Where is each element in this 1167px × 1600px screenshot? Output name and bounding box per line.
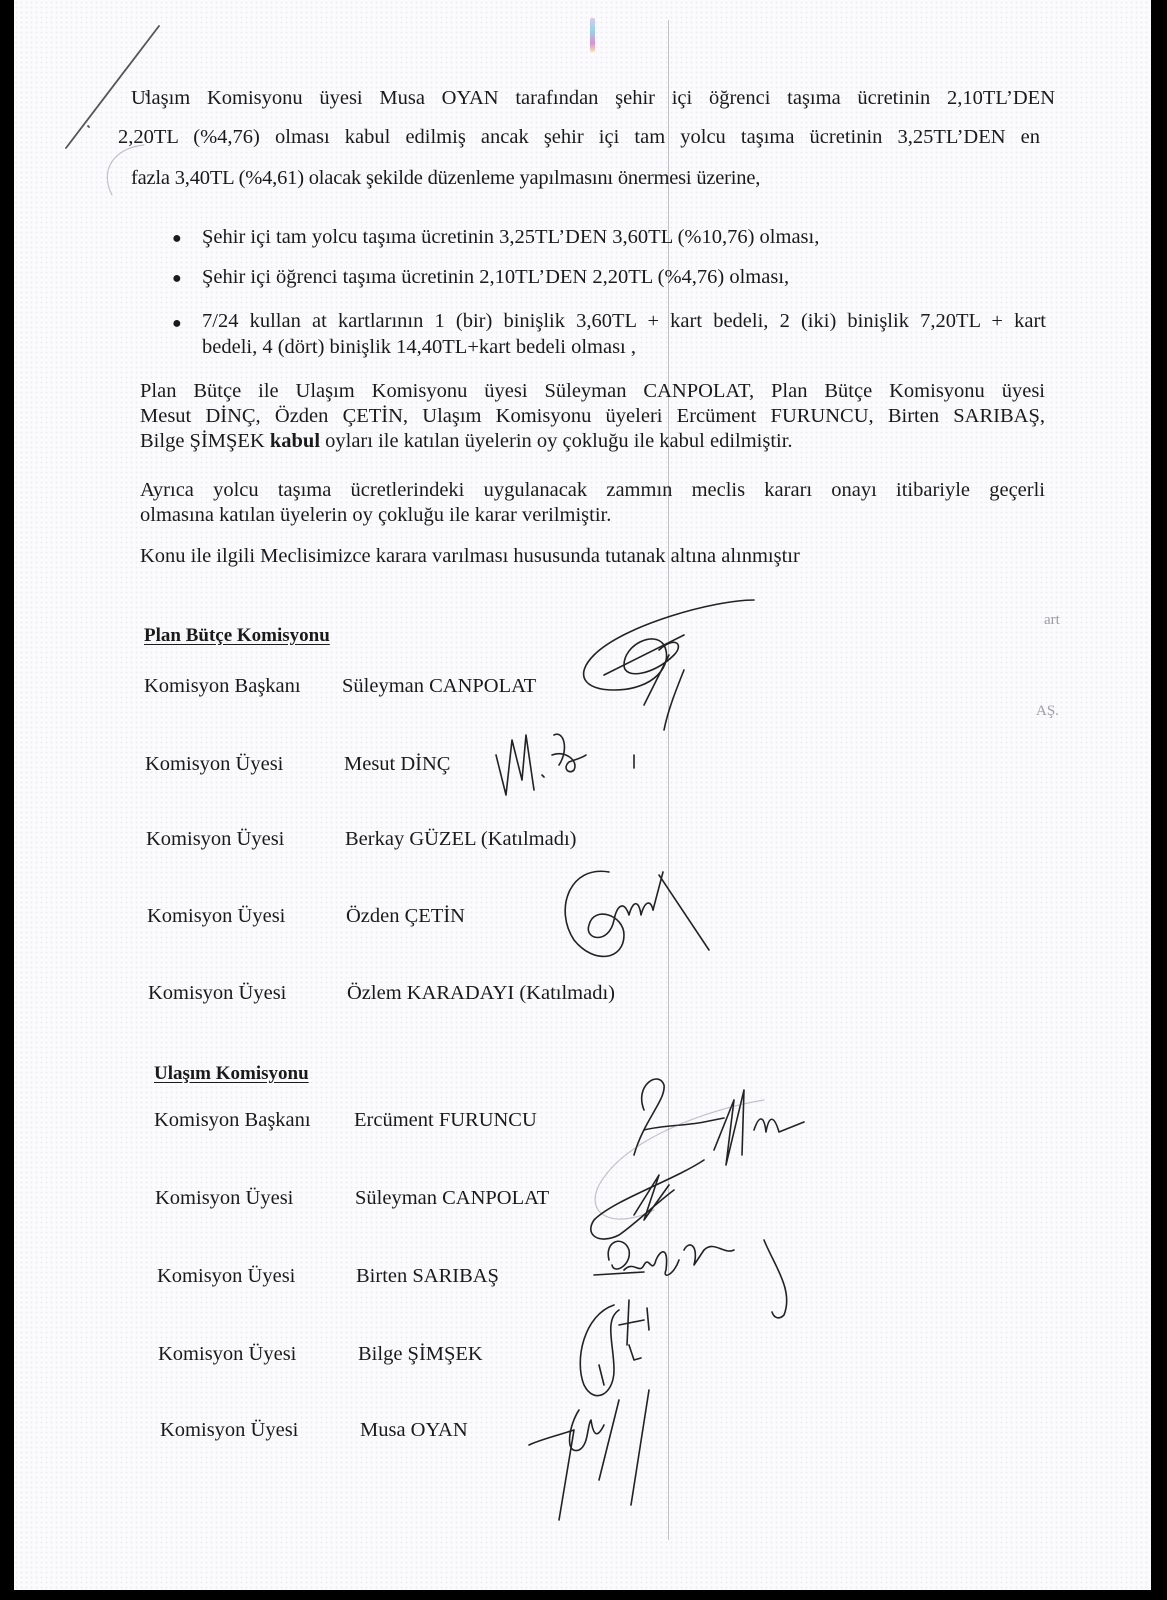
additional-line-2: olmasına katılan üyelerin oy çokluğu ile… bbox=[140, 505, 611, 526]
bullet-icon: ● bbox=[172, 271, 182, 287]
member-role: Komisyon Üyesi bbox=[157, 1266, 295, 1287]
intro-line-1: Ulaşım Komisyonu üyesi Musa OYAN tarafın… bbox=[131, 88, 1055, 109]
committee-heading-ulasim: Ulaşım Komisyonu bbox=[154, 1063, 309, 1085]
bullet-item-2: Şehir içi öğrenci taşıma ücretinin 2,10T… bbox=[202, 267, 789, 288]
closing-line: Konu ile ilgili Meclisimizce karara varı… bbox=[140, 546, 800, 567]
signature-musa-oyan bbox=[519, 1385, 679, 1525]
intro-line-3: fazla 3,40TL (%4,61) olacak şekilde düze… bbox=[131, 168, 760, 189]
margin-bleed-text: AŞ. bbox=[1036, 703, 1059, 720]
member-name: Özlem KARADAYI (Katılmadı) bbox=[347, 983, 615, 1004]
scanned-page: Ulaşım Komisyonu üyesi Musa OYAN tarafın… bbox=[14, 0, 1151, 1590]
member-name: Musa OYAN bbox=[360, 1420, 468, 1441]
member-name: Süleyman CANPOLAT bbox=[342, 676, 536, 697]
vote-line-3-end: oyları ile katılan üyelerin oy çokluğu i… bbox=[320, 430, 793, 452]
member-role: Komisyon Üyesi bbox=[160, 1420, 298, 1441]
member-role: Komisyon Başkanı bbox=[154, 1110, 311, 1131]
member-name: Özden ÇETİN bbox=[346, 906, 465, 927]
signature-mesut-dinc bbox=[484, 720, 654, 810]
member-name: Bilge ŞİMŞEK bbox=[358, 1344, 483, 1365]
vote-line-1: Plan Bütçe ile Ulaşım Komisyonu üyesi Sü… bbox=[140, 381, 1045, 402]
member-role: Komisyon Başkanı bbox=[144, 676, 301, 697]
vote-line-3-start: Bilge ŞİMŞEK bbox=[140, 430, 270, 452]
vote-line-3: Bilge ŞİMŞEK kabul oyları ile katılan üy… bbox=[140, 431, 793, 452]
bullet-icon: ● bbox=[172, 316, 182, 332]
member-name: Berkay GÜZEL (Katılmadı) bbox=[345, 829, 577, 850]
bullet-item-3-line-2: bedeli, 4 (dört) binişlik 14,40TL+kart b… bbox=[202, 337, 636, 358]
member-role: Komisyon Üyesi bbox=[155, 1188, 293, 1209]
intro-line-2: 2,20TL (%4,76) olması kabul edilmiş anca… bbox=[118, 127, 1040, 148]
member-name: Ercüment FURUNCU bbox=[354, 1110, 537, 1131]
member-role: Komisyon Üyesi bbox=[147, 906, 285, 927]
member-name: Süleyman CANPOLAT bbox=[355, 1188, 549, 1209]
member-role: Komisyon Üyesi bbox=[148, 983, 286, 1004]
bullet-item-1: Şehir içi tam yolcu taşıma ücretinin 3,2… bbox=[202, 227, 819, 248]
bullet-icon: ● bbox=[172, 231, 182, 247]
vote-line-2: Mesut DİNÇ, Özden ÇETİN, Ulaşım Komisyon… bbox=[140, 406, 1045, 427]
vote-keyword-kabul: kabul bbox=[270, 430, 320, 452]
member-role: Komisyon Üyesi bbox=[145, 754, 283, 775]
margin-bleed-text: art bbox=[1044, 612, 1060, 629]
member-name: Mesut DİNÇ bbox=[344, 754, 450, 775]
highlighter-mark bbox=[590, 18, 595, 52]
member-role: Komisyon Üyesi bbox=[158, 1344, 296, 1365]
member-name: Birten SARIBAŞ bbox=[356, 1266, 499, 1287]
signature-ozden-cetin bbox=[549, 860, 724, 970]
committee-heading-plan-butce: Plan Bütçe Komisyonu bbox=[144, 625, 330, 647]
bullet-item-3-line-1: 7/24 kullan at kartlarının 1 (bir) biniş… bbox=[202, 311, 1046, 332]
member-role: Komisyon Üyesi bbox=[146, 829, 284, 850]
additional-line-1: Ayrıca yolcu taşıma ücretlerindeki uygul… bbox=[140, 480, 1045, 501]
